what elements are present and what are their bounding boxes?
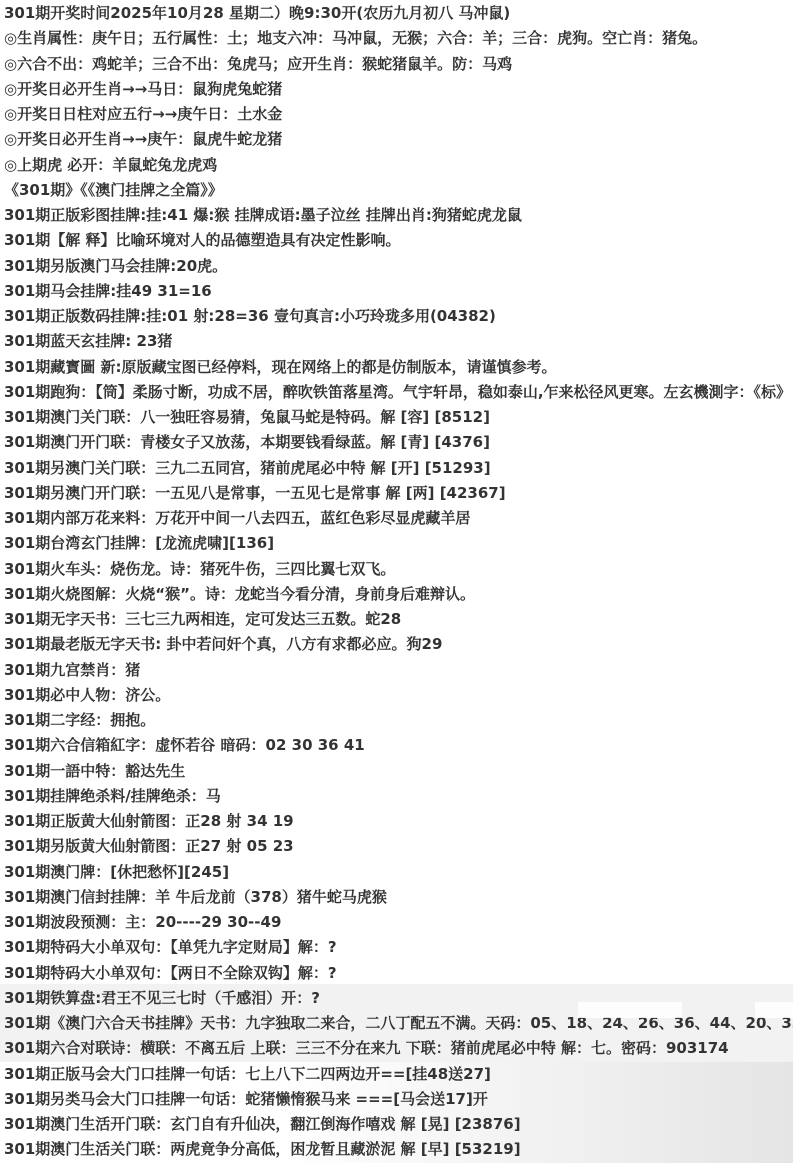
text-line: 301期火烧图解：火烧“猴”。诗：龙蛇当今看分清，身前身后难辩认。 — [0, 582, 793, 607]
text-line: 301期蓝天玄挂牌: 23猪 — [0, 329, 793, 354]
text-line: 301期澳门关门联：八一独旺容易猜，兔鼠马蛇是特码。解 [容] [8512] — [0, 405, 793, 430]
text-line: ◎六合不出：鸡蛇羊；三合不出：兔虎马；应开生肖：猴蛇猪鼠羊。防：马鸡 — [0, 52, 793, 77]
text-line: 301期另澳门关门联：三九二五同宫，猪前虎尾必中特 解 [开] [51293] — [0, 456, 793, 481]
text-line: 301期正版彩图挂牌:挂:41 爆:猴 挂牌成语:墨子泣丝 挂牌出肖:狗猪蛇虎龙… — [0, 203, 793, 228]
text-line: 301期跑狗：【筒】柔肠寸断，功成不居，醉吹铁笛落星湾。气宇轩昂，稳如泰山,乍来… — [0, 380, 793, 405]
text-line: 301期特码大小单双句：【两日不全除双钩】解：? — [0, 961, 793, 986]
text-line: 301期九宫禁肖：猪 — [0, 658, 793, 683]
text-line: 301期正版黄大仙射箭图：正28 射 34 19 — [0, 809, 793, 834]
text-line: 301期正版马会大门口挂牌一句话：七上八下二四两边开==[挂48送27] — [0, 1062, 793, 1087]
text-line: 301期六合信箱紅字：虚怀若谷 暗码：02 30 36 41 — [0, 733, 793, 758]
content-lines: 301期开奖时间2025年10月28 星期二）晚9:30开(农历九月初八 马冲鼠… — [0, 0, 793, 1163]
text-line: 301期火车头：烧伤龙。诗：猪死牛伤，三四比翼七双飞。 — [0, 557, 793, 582]
text-line: 301期台湾玄门挂牌：[龙流虎啸][136] — [0, 531, 793, 556]
text-line: 301期最老版无字天书: 卦中若问奸个真，八方有求都必应。狗29 — [0, 632, 793, 657]
text-line: 301期另版黄大仙射箭图：正27 射 05 23 — [0, 834, 793, 859]
text-line: 301期澳门牌：[休把愁怀][245] — [0, 860, 793, 885]
text-line: 301期正版数码挂牌:挂:01 射:28=36 壹句真言:小巧玲珑多用(0438… — [0, 304, 793, 329]
text-line: 301期开奖时间2025年10月28 星期二）晚9:30开(农历九月初八 马冲鼠… — [0, 1, 793, 26]
text-line: ◎开奖日日柱对应五行→→庚午日：土水金 — [0, 102, 793, 127]
text-line: ◎开奖日必开生肖→→马日：鼠狗虎兔蛇猪 — [0, 77, 793, 102]
text-line: 301期二字经：拥抱。 — [0, 708, 793, 733]
selection-highlight — [578, 1002, 682, 1018]
text-line: 301期澳门开门联：青楼女子又放荡，本期要钱看绿蓝。解 [青] [4376] — [0, 430, 793, 455]
text-line: 301期澳门生活开门联：玄门自有升仙决，翻江倒海作嘻戏 解 [晃] [23876… — [0, 1112, 793, 1137]
text-line: 301期一語中特：豁达先生 — [0, 759, 793, 784]
text-line: 301期内部万花来料：万花开中间一八去四五，蓝红色彩尽显虎藏羊居 — [0, 506, 793, 531]
selection-highlight — [755, 1002, 793, 1018]
lottery-tips-page: 301期开奖时间2025年10月28 星期二）晚9:30开(农历九月初八 马冲鼠… — [0, 0, 793, 1163]
text-line: 301期另类马会大门口挂牌一句话：蛇猪懒惰猴马来 ===[马会送17]开 — [0, 1087, 793, 1112]
text-line: 《301期》《《澳门挂牌之全篇》》 — [0, 178, 793, 203]
text-line: 301期另版澳门马会挂牌:20虎。 — [0, 254, 793, 279]
text-line: 301期六合对联诗：横联：不离五后 上联：三三不分在来九 下联：猪前虎尾必中特 … — [0, 1036, 793, 1061]
text-line: 301期另澳门开门联：一五见八是常事，一五见七是常事 解 [两] [42367] — [0, 481, 793, 506]
text-line: 301期澳门信封挂牌：羊 牛后龙前（378）猪牛蛇马虎猴 — [0, 885, 793, 910]
text-line: 301期波段预测：主：20----29 30--49 — [0, 910, 793, 935]
text-line: ◎上期虎 必开：羊鼠蛇兔龙虎鸡 — [0, 153, 793, 178]
text-line: 301期无字天书：三七三九两相连，定可发达三五数。蛇28 — [0, 607, 793, 632]
text-line: 301期马会挂牌:挂49 31=16 — [0, 279, 793, 304]
text-line: 301期澳门生活关门联：两虎竟争分高低，困龙暂且藏淤泥 解 [早] [53219… — [0, 1137, 793, 1162]
text-line: ◎生肖属性：庚午日；五行属性：土；地支六冲：马冲鼠，无猴；六合：羊；三合：虎狗。… — [0, 26, 793, 51]
text-line: 301期藏寳圖 新:原版藏宝图已经停料，现在网络上的都是仿制版本，请谨慎参考。 — [0, 355, 793, 380]
text-line: 301期挂牌绝杀料/挂牌绝杀：马 — [0, 784, 793, 809]
text-line: 301期必中人物：济公。 — [0, 683, 793, 708]
text-line: 301期【解 释】比喻环境对人的品德塑造具有决定性影响。 — [0, 228, 793, 253]
text-line: 301期特码大小单双句：【单凭九字定财局】解：? — [0, 935, 793, 960]
text-line: ◎开奖日必开生肖→→庚午：鼠虎牛蛇龙猪 — [0, 127, 793, 152]
